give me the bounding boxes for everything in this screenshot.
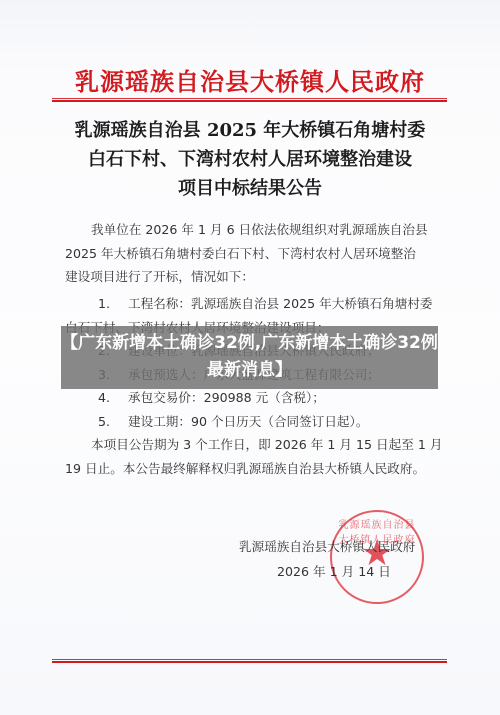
text-line: 2025 年大桥镇石角塘村委白石下村、下湾村农村人居环境整治 (65, 242, 440, 266)
text-line: 19 日止。本公告最终解释权归乳源瑶族自治县大桥镇人民政府。 (65, 457, 440, 481)
list-item: 4.承包交易价：290988 元（含税）； (65, 386, 440, 410)
red-divider-bottom (52, 659, 447, 663)
signoff-org: 乳源瑶族自治县大桥镇人民政府 (239, 534, 415, 559)
overlay-headline: 【广东新增本土确诊32例,广东新增本土确诊32例最新消息】 (61, 330, 438, 384)
list-item: 5.建设工期：90 个日历天（合同签订日起）。 (65, 410, 440, 434)
text-line: 建设项目进行了开标，情况如下： (65, 265, 440, 289)
text-line: 本项目公告期为 3 个工作日，即 2026 年 1 月 15 日起至 1 月 (65, 433, 440, 457)
document-title: 乳源瑶族自治县 2025 年大桥镇石角塘村委 白石下村、下湾村农村人居环境整治建… (0, 116, 500, 203)
text-line: 我单位在 2026 年 1 月 6 日依法依规组织对乳源瑶族自治县 (65, 218, 440, 242)
issuer-header: 乳源瑶族自治县大桥镇人民政府 (0, 62, 500, 97)
title-line: 乳源瑶族自治县 2025 年大桥镇石角塘村委 (0, 116, 500, 145)
intro-paragraph: 我单位在 2026 年 1 月 6 日依法依规组织对乳源瑶族自治县 2025 年… (65, 218, 440, 289)
red-divider-top (52, 98, 447, 102)
title-line: 项目中标结果公告 (0, 174, 500, 203)
title-line: 白石下村、下湾村农村人居环境整治建设 (0, 145, 500, 174)
signoff-date: 2026 年 1 月 14 日 (239, 559, 415, 584)
signoff: 乳源瑶族自治县大桥镇人民政府 2026 年 1 月 14 日 (239, 534, 415, 584)
list-item: 1.工程名称：乳源瑶族自治县 2025 年大桥镇石角塘村委 (65, 292, 440, 316)
headline-overlay-banner: 【广东新增本土确诊32例,广东新增本土确诊32例最新消息】 (61, 326, 438, 389)
